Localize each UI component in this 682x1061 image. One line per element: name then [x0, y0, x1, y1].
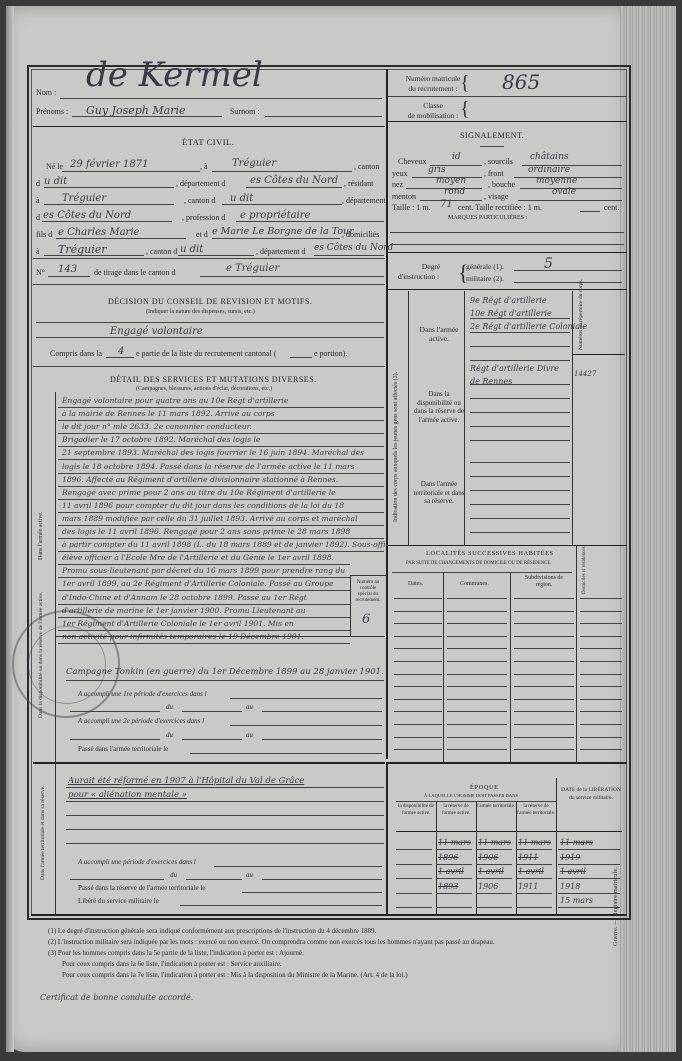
nez-label: nez [392, 180, 403, 189]
localites-rule [580, 611, 622, 612]
localites-rule [394, 623, 442, 624]
localites-col-1 [443, 572, 444, 762]
epoque-rule [558, 878, 620, 879]
epoque-rule [436, 849, 472, 850]
marques-line-1 [390, 232, 624, 233]
prenoms-label: Prénoms : [36, 107, 68, 116]
decision-title: DÉCISION DU CONSEIL DE REVISION ET MOTIF… [108, 297, 312, 306]
periode2-du-label: du [166, 731, 173, 739]
page-left-edge [6, 6, 14, 1052]
localites-rule [394, 699, 442, 700]
cent-label: cent. [604, 203, 619, 212]
prenoms-line [72, 116, 222, 117]
front-value: ordinaire [528, 165, 570, 175]
liberation-divider [556, 778, 557, 916]
localites-rule [394, 598, 442, 599]
service-line: mars 1889 modifiée par celle du 31 juill… [62, 514, 388, 523]
service-line: des logis le 11 avril 1896. Rengagé pour… [62, 527, 388, 536]
side-label-active: Dans l'armée active. [38, 511, 44, 560]
service-rule [58, 473, 384, 474]
periode2-du-line-a [70, 739, 160, 740]
localites-rule [447, 699, 507, 700]
localites-rule [514, 636, 574, 637]
territoriale-note-1: Aurait été réformé en 1907 à l'Hôpital d… [68, 776, 304, 786]
passe-territoriale-label: Passé dans l'armée territoriale le [78, 745, 168, 753]
taille-value: 71 [440, 199, 453, 210]
epoque-cell: 11 mars [438, 838, 471, 847]
terr-line-6 [470, 532, 570, 533]
degre-divider [388, 289, 627, 290]
a2-label: à [36, 196, 40, 205]
residence-value: Tréguier [62, 193, 106, 204]
canton2-line [222, 204, 342, 205]
d-label: d [36, 179, 40, 188]
departement3-label: , département d [256, 247, 306, 256]
localites-rule [447, 737, 507, 738]
compris-line [106, 357, 134, 358]
campagne-line [66, 680, 384, 681]
canton2-value: u dit [230, 193, 253, 204]
territoriale-line-4 [66, 829, 384, 830]
canton3-label: , canton d [146, 247, 177, 256]
epoque-rule [476, 907, 512, 908]
localites-rule [514, 648, 574, 649]
reserve-territoriale-line [242, 892, 382, 893]
terr-line-4 [470, 504, 570, 505]
reserve-line-3 [470, 412, 570, 413]
corps-active-label: Dans l'armée active. [414, 325, 464, 343]
service-line: Rengagé avec prime pour 2 ans au titre d… [62, 488, 388, 497]
service-line: d'Indo-Chine et d'Annam le 28 octobre 18… [62, 593, 354, 602]
repertoire-underline [572, 354, 625, 355]
service-line: d'artillerie de marine le 1er janvier 19… [62, 606, 354, 615]
service-rule [58, 407, 384, 408]
repertoire-label: Numéros au répertoire du corps. [578, 279, 584, 350]
localites-col-subdivisions: Subdivisions de région. [518, 575, 570, 589]
portion-line [290, 357, 312, 358]
localites-rule [580, 674, 622, 675]
tirage-canton-line [200, 276, 384, 277]
bouche-label: , bouche [488, 180, 515, 189]
spine-label: Guerre. — Registre matricule. [612, 867, 619, 946]
mother-value: e Marie Le Borgne de la Tour [212, 226, 354, 237]
epoque-cell: 1 avril [438, 867, 464, 876]
departement3-value: es Côtes du Nord [314, 243, 393, 253]
localites-rule [447, 623, 507, 624]
des-label: d [36, 213, 40, 222]
epoque-cell: 1906 [478, 882, 498, 891]
father-value: e Charles Marie [58, 227, 139, 238]
service-rule [58, 459, 384, 460]
canton-line [44, 187, 174, 188]
epoque-rule [396, 864, 432, 865]
localites-rule [447, 611, 507, 612]
localites-rule [580, 724, 622, 725]
epoque-col-divider [516, 801, 517, 916]
footnote: (3) Pour les hommes compris dans la 5e p… [48, 949, 304, 957]
marques-line-2 [390, 244, 624, 245]
periode1-du-line-a [70, 711, 160, 712]
domicile-line [44, 255, 144, 256]
localites-rule [580, 699, 622, 700]
compris-value: 4 [118, 346, 124, 357]
localites-rule [394, 686, 442, 687]
reserve-line-2 [470, 398, 570, 399]
classe-brace: { [460, 98, 470, 121]
territoriale-du-label: du [170, 871, 177, 879]
footnote: (1) Le degré d'instruction générale sera… [48, 927, 376, 935]
decision-value: Engagé volontaire [110, 326, 203, 337]
epoque-subtitle: À LAQUELLE L'HOMME DOIT PASSER DANS [424, 793, 518, 798]
localites-rule [394, 749, 442, 750]
nom-value: de Kermel [86, 55, 263, 95]
territoriale-du-line-a [70, 879, 164, 880]
epoque-rule [436, 864, 472, 865]
epoque-rule [476, 864, 512, 865]
service-line: le dit jour n° mle 2633. 2e canonnier co… [62, 422, 388, 431]
localites-rule [514, 711, 574, 712]
epoque-cell: 1911 [518, 853, 538, 862]
epoque-cell: 1919 [560, 853, 580, 862]
service-rule [58, 420, 384, 421]
service-line: 1er Régiment d'Artillerie Coloniale le 1… [62, 619, 354, 628]
fils-label: fils d [36, 230, 52, 239]
surnom-label: Surnom : [230, 107, 260, 116]
localites-rule [394, 648, 442, 649]
epoque-cell: 1 avril [560, 867, 586, 876]
epoque-rule [516, 864, 552, 865]
epoque-cell: 15 mars [560, 896, 593, 905]
corps-reserve-label: Dans la disponibilité ou dans la réserve… [412, 390, 466, 424]
epoque-cell: 11 mars [478, 838, 511, 847]
epoque-cell: 1896 [438, 853, 458, 862]
departement-value: es Côtes du Nord [250, 175, 338, 186]
periode1-label: A accompli une 1re période d'exercices d… [78, 690, 207, 698]
residence-line [44, 204, 174, 205]
periode2-du-line-b [182, 739, 242, 740]
a-label: , à [200, 162, 208, 171]
signalement-underline [480, 146, 504, 147]
localites-rule [394, 711, 442, 712]
corps-side-divider [408, 291, 409, 545]
services-subtitle: (Campagnes, blessures, actions d'éclat, … [136, 386, 272, 392]
numero-controle-label: Numéro au contrôle spécial du recrutemen… [353, 580, 383, 604]
cheveux-label: Cheveux [398, 157, 426, 166]
service-line: 21 septembre 1893. Maréchal des logis fo… [62, 448, 388, 457]
service-line: 11 avril 1896 pour compter du dit jour d… [62, 501, 388, 510]
localites-rule [447, 648, 507, 649]
degre-label-2: d'instruction : [398, 272, 439, 281]
nez-value: moyen [436, 176, 466, 186]
decision-line-1 [36, 322, 384, 323]
localites-rule [514, 611, 574, 612]
epoque-cell: 1911 [518, 882, 538, 891]
epoque-rule [396, 893, 432, 894]
domicilies-label: , domiciliés [342, 230, 379, 239]
service-line: logis le 18 octobre 1894. Passé dans la … [62, 462, 388, 471]
service-rule [58, 590, 350, 591]
footnote: Pour ceux compris dans la 6e liste, l'in… [62, 960, 282, 968]
epoque-rule [516, 849, 552, 850]
generale-line [514, 270, 622, 271]
taille-label: Taille : 1 m. [392, 203, 431, 212]
epoque-left-border [386, 762, 388, 916]
periode1-line [230, 698, 382, 699]
localites-rule [580, 648, 622, 649]
birth-place-value: Tréguier [232, 158, 276, 169]
canton3-line [178, 255, 254, 256]
profession-line [236, 221, 384, 222]
reserve-territoriale-label: Passé dans la réserve de l'armée territo… [78, 884, 205, 892]
margin-note: Certificat de bonne conduite accordé. [40, 993, 193, 1002]
service-rule [58, 525, 384, 526]
footnote: (2) L'instruction militaire sera indiqué… [48, 938, 495, 946]
decision-divider [33, 366, 385, 367]
epoque-rule [558, 907, 620, 908]
localites-col-communes: Communes. [460, 581, 489, 587]
active-line-3 [470, 346, 570, 347]
service-rule [58, 617, 350, 618]
service-rule [58, 604, 350, 605]
epoque-cell: 1 avril [478, 867, 504, 876]
epoque-cell: 1 avril [518, 867, 544, 876]
epoque-column-header: la réserve de l'armée active. [436, 804, 476, 817]
service-rule [58, 486, 384, 487]
reserve-line-1 [470, 384, 570, 385]
localites-rule [514, 623, 574, 624]
service-rule [58, 538, 384, 539]
periode1-du-label: du [166, 703, 173, 711]
service-rule [58, 433, 384, 434]
matricule-brace: { [460, 72, 470, 95]
yeux-label: yeux [392, 169, 408, 178]
territoriale-periode-label: A accompli une période d'exercices dans … [78, 858, 196, 866]
localites-divider [388, 762, 627, 764]
localites-rule [447, 711, 507, 712]
visage-value: ovale [552, 187, 576, 197]
ne-le-line [62, 171, 200, 172]
a3-label: à [36, 247, 40, 256]
departement2-label: , département [342, 196, 386, 205]
front-label: , front [484, 169, 504, 178]
epoque-rule [396, 849, 432, 850]
menton-value: rond [444, 187, 465, 197]
classe-divider [388, 121, 627, 122]
epoque-cell: 1893 [438, 882, 458, 891]
militaire-line [514, 282, 622, 283]
localites-rule [447, 674, 507, 675]
territoriale-line-2 [66, 801, 384, 802]
epoque-rule [396, 878, 432, 879]
epoque-column-header: l'armée territoriale. [476, 804, 516, 811]
localites-rule [514, 737, 574, 738]
epoque-cell: 11 mars [560, 838, 593, 847]
service-rule [58, 564, 350, 565]
periode2-au-label: au [246, 731, 253, 739]
localites-rule [447, 598, 507, 599]
active-line-2 [470, 332, 570, 333]
reserve-line-4 [470, 426, 570, 427]
passe-territoriale-line [190, 753, 382, 754]
periode1-au-label: au [246, 703, 253, 711]
localites-rule [394, 737, 442, 738]
localites-rule [580, 661, 622, 662]
tirage-label: de tirage dans le canton d [94, 268, 176, 277]
localites-rule [514, 686, 574, 687]
epoque-column-header: la réserve de l'armée territoriale. [516, 804, 556, 817]
localites-subtitle: PAR SUITE DE CHANGEMENTS DE DOMICILE OU … [406, 561, 551, 566]
epoque-rule [558, 893, 620, 894]
service-line: 1896. Affecté au Régiment d'artillerie d… [62, 475, 388, 484]
reserve-line-5 [470, 440, 570, 441]
localites-title: LOCALITÉS SUCCESSIVES HABITÉES [426, 550, 554, 557]
footnotes-divider [31, 914, 627, 916]
localites-rule [394, 611, 442, 612]
father-line [56, 238, 186, 239]
localites-rule [580, 737, 622, 738]
localites-rule [580, 686, 622, 687]
service-line: élève officier à l'Ecole Mre de l'Artill… [62, 553, 354, 562]
taille-rectifiee-line [580, 211, 600, 212]
profession-label: , profession d [182, 213, 225, 222]
service-line: 1er avril 1899, au 2e Régiment d'Artille… [62, 579, 354, 588]
epoque-rule [436, 907, 472, 908]
localites-col-2 [510, 572, 511, 762]
service-rule [58, 446, 384, 447]
reserve-corps-value: Régt d'artillerie Divre [470, 364, 559, 373]
libere-line [180, 905, 382, 906]
territoriale-periode-line [214, 866, 382, 867]
periode2-label: A accompli une 2e période d'exercices da… [78, 717, 204, 725]
canton2-label: , canton d [184, 196, 215, 205]
localites-rule [580, 636, 622, 637]
partie-label: e partie de la liste du recrutement cant… [136, 349, 276, 358]
mother-line [212, 238, 340, 239]
departement2-value: es Côtes du Nord [43, 210, 131, 221]
campagne-value: Campagne Tonkin (en guerre) du 1er Décem… [66, 667, 384, 677]
epoque-cell: 1906 [478, 853, 498, 862]
footnote: Pour ceux compris dans la 7e liste, l'in… [62, 971, 408, 979]
epoque-col-divider [436, 801, 437, 916]
localites-rule [394, 674, 442, 675]
localites-rule [447, 749, 507, 750]
yeux-value: gris [428, 165, 446, 175]
localites-rule [514, 749, 574, 750]
residant-label: , résidant [344, 179, 373, 188]
localites-col-dates: Dates. [408, 581, 423, 587]
canton3-value: u dit [180, 244, 203, 255]
canton-label: , canton [354, 162, 379, 171]
visage-label: , visage [484, 192, 508, 201]
epoque-rule [476, 849, 512, 850]
generale-label: générale (1). [466, 262, 504, 271]
territoriale-line-3 [66, 815, 384, 816]
localites-rule [514, 598, 574, 599]
service-line: Promu sous-lieutenant par décret du 16 m… [62, 566, 354, 575]
numero-controle-value: 6 [362, 612, 370, 627]
territoriale-line-5 [66, 843, 384, 844]
a-line [212, 171, 352, 172]
menton-label: menton [392, 192, 416, 201]
side-label-disponibilite: Dans la disponibilité ou dans la réserve… [38, 592, 44, 718]
territoriale-line-1 [66, 787, 384, 788]
birth-date-value: 29 février 1871 [70, 159, 148, 170]
corps-divider [388, 545, 627, 546]
epoque-cell: 11 mars [518, 838, 551, 847]
service-rule [58, 551, 384, 552]
departement-label: , département d [176, 179, 226, 188]
localites-rule [580, 749, 622, 750]
matricule-divider [388, 96, 627, 97]
localites-rule [580, 711, 622, 712]
localites-col-3 [576, 546, 577, 762]
epoque-column-header: la disponibilité de l'armée active. [396, 804, 436, 817]
localites-rule [514, 699, 574, 700]
profession-value: e propriétaire [240, 210, 310, 221]
tirage-no-line [48, 276, 90, 277]
epoque-header-line [396, 831, 622, 832]
periode1-du-line-b [182, 711, 242, 712]
militaire-label: militaire (2). [466, 274, 504, 283]
epoque-rule [476, 878, 512, 879]
side-label-territoriale: Dans l'armée territoriale et dans sa rés… [40, 785, 46, 880]
localites-rule [394, 724, 442, 725]
localites-rule [514, 674, 574, 675]
periode2-line [230, 725, 382, 726]
terr-line-1 [470, 462, 570, 463]
header-divider [33, 126, 385, 127]
epoque-rule [558, 849, 620, 850]
tirage-no-value: 143 [58, 264, 77, 275]
departement-line [246, 187, 342, 188]
epoque-rule [436, 893, 472, 894]
territoriale-note-2: pour « aliénation mentale » [68, 790, 187, 800]
libere-label: Libéré du service militaire le [78, 897, 159, 905]
degre-label-1: Degré [406, 262, 456, 271]
service-rule [58, 499, 384, 500]
et-label: et d [196, 230, 208, 239]
localites-rule [447, 661, 507, 662]
tirage-no-label: N° [36, 268, 45, 277]
service-rule [58, 512, 384, 513]
localites-header-line [392, 572, 572, 573]
official-stamp [12, 610, 120, 718]
territoriale-side-divider [55, 764, 56, 914]
sourcils-label: , sourcils [484, 157, 513, 166]
epoque-rule [558, 864, 620, 865]
bouche-value: moyenne [536, 176, 577, 186]
periode2-au-line [262, 739, 382, 740]
ne-le-label: Né le [46, 162, 63, 171]
localites-rule [394, 636, 442, 637]
terr-line-2 [470, 476, 570, 477]
date-liberation-label: DATE de la LIBÉRATION du service militai… [560, 786, 622, 802]
localites-rule [580, 623, 622, 624]
active-corps-value: 2e Régt d'artillerie Coloniale [470, 322, 587, 331]
departement2-line [42, 221, 172, 222]
active-line-4 [470, 360, 570, 361]
epoque-rule [436, 878, 472, 879]
service-line: à la mairie de Rennes le 11 mars 1892. A… [62, 409, 388, 418]
terr-line-5 [470, 518, 570, 519]
sourcils-value: châtains [530, 152, 568, 162]
epoque-title: ÉPOQUE [470, 784, 499, 791]
territoriale-au-line [262, 879, 382, 880]
localites-rule [514, 724, 574, 725]
marques-label: MARQUES PARTICULIÈRES : [448, 215, 527, 221]
corps-territoriale-label: Dans l'armée territoriale et dans sa rés… [412, 480, 466, 506]
decision-line-2 [36, 337, 384, 338]
